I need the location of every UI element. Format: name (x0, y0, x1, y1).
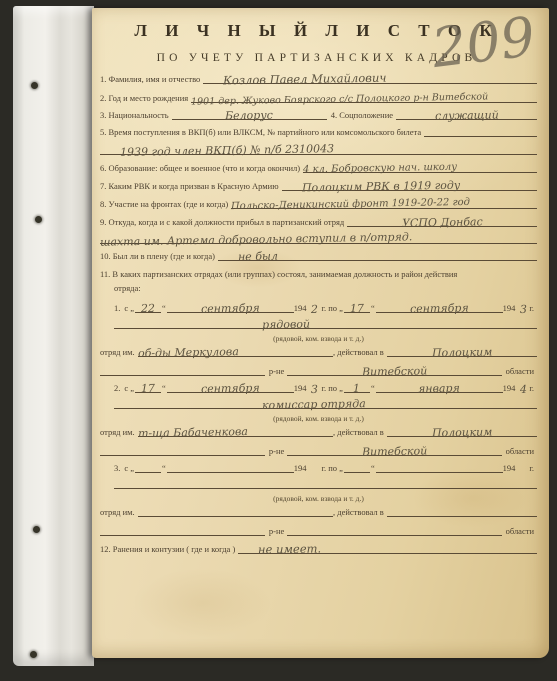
field-underline: 1901 дер. Жуково Боярского с/с Полоцкого… (191, 93, 537, 104)
printed-text: 194 (503, 383, 519, 393)
printed-text: с „ (123, 303, 135, 313)
field-value: служащий (435, 109, 499, 121)
form-paper: Л И Ч Н Ы Й Л И С Т О К ПО УЧЕТУ ПАРТИЗА… (92, 8, 549, 658)
field-origin-continue-row: шахта им. Артема добровольно вступил в п… (100, 231, 537, 244)
printed-text: 194 (503, 303, 519, 313)
printed-text: 194 (294, 383, 310, 393)
field-party-row: 5. Время поступления в ВКП(б) или ВЛКСМ,… (100, 124, 537, 137)
field-value: Белорус (225, 110, 273, 122)
printed-text: с „ (123, 383, 135, 393)
field-rvk-row: 7. Каким РВК и когда призван в Красную А… (100, 178, 537, 191)
field-underline: не был (218, 249, 537, 261)
service-entry-unit-row: отряд им. , действовал в (100, 504, 537, 517)
field-underline: рядовой (114, 317, 537, 329)
field-label: 7. Каким РВК и когда призван в Красную А… (100, 181, 282, 191)
printed-text: р-не (265, 366, 287, 376)
printed-text: отряд им. (100, 347, 138, 357)
printed-text: отряд им. (100, 507, 138, 517)
field-underline: Витебской (287, 364, 501, 376)
punch-hole (35, 216, 42, 223)
acted-in-value: Полоцким (432, 346, 492, 358)
field-fronts-row: 8. Участие на фронтах (где и когда) Поль… (100, 196, 537, 209)
field-nationality-row: 3. Национальность Белорус 4. Соцположени… (100, 107, 537, 120)
to-day: 17 (350, 303, 364, 314)
to-year-digit: 3 (520, 304, 527, 315)
field-label: 3. Национальность (100, 110, 172, 120)
field-underline: 17 (135, 381, 161, 393)
punch-hole (31, 82, 38, 89)
printed-text: 194 (503, 463, 519, 473)
field-name-row: 1. Фамилия, имя и отчество Козлов Павел … (100, 71, 537, 84)
printed-text: 194 (294, 463, 310, 473)
service-entry-position-row: рядовой (114, 316, 537, 329)
field-value: УСПО Донбас (402, 216, 483, 228)
field-underline (135, 472, 161, 473)
year-digit-slot: 3 (518, 302, 529, 313)
acted-in-value: Полоцким (432, 426, 492, 438)
field-underline: Полоцким (387, 345, 537, 357)
field-units-header-row: 11. В каких партизанских отрядах (или гр… (100, 266, 537, 279)
printed-text: 194 (294, 303, 310, 313)
field-origin-row: 9. Откуда, когда и с какой должности при… (100, 214, 537, 227)
entry-number: 1. (114, 303, 123, 313)
field-underline: об-ды Меркулова (138, 345, 333, 357)
printed-text: г. по „ (320, 303, 343, 313)
field-underline (287, 535, 501, 536)
field-underline: Польско-Деникинский фронт 1919-20-22 год (231, 198, 537, 209)
field-value: Козлов Павел Михайлович (223, 72, 387, 86)
service-entry-unit-row: отряд им. об-ды Меркулова , действовал в… (100, 344, 537, 357)
printed-text: г. (529, 463, 537, 473)
field-label: 1. Фамилия, имя и отчество (100, 74, 203, 84)
field-underline: Полоцким (387, 425, 537, 437)
service-entry-position-row: комиссар отряда (114, 396, 537, 409)
field-party-answer-row: 1939 год член ВКП(б) № п/б 2310043 (100, 142, 537, 155)
field-underline: УСПО Донбас (347, 215, 537, 227)
field-underline: 4 кл. Бобровскую нач. школу (303, 162, 537, 173)
page-edge-strip (13, 6, 94, 666)
field-underline: Витебской (287, 444, 501, 456)
punch-hole (30, 651, 37, 658)
to-month: сентября (410, 302, 469, 314)
printed-text: отряд им. (100, 427, 138, 437)
field-underline (100, 455, 265, 456)
region-value: Витебской (362, 365, 427, 377)
entry-number: 3. (114, 463, 123, 473)
field-underline (114, 488, 537, 489)
field-wounds-row: 12. Ранения и контузии ( где и когда ) н… (100, 541, 537, 554)
printed-text: , действовал в (333, 427, 387, 437)
from-month: сентября (201, 382, 260, 394)
position-hint-row: (рядовой, ком. взвода и т. д.) (100, 330, 537, 343)
unit-value: об-ды Меркулова (138, 346, 239, 359)
service-entry-dates-row: 3. с „ “ 194 г. по „ “ 194 г. (114, 460, 537, 473)
field-underline: 1939 год член ВКП(б) № п/б 2310043 (100, 143, 537, 155)
punch-hole (33, 526, 40, 533)
field-underline (344, 472, 370, 473)
service-entry-unit-row: отряд им. т-ща Бабаченкова , действовал … (100, 424, 537, 437)
field-underline: 22 (135, 301, 161, 313)
field-underline: шахта им. Артема добровольно вступил в п… (100, 232, 537, 244)
printed-text: г. по „ (320, 463, 343, 473)
field-underline (424, 136, 537, 137)
field-underline (167, 472, 294, 473)
field-units-header-row2: отряда: (114, 280, 537, 293)
service-entry-region-row: р-не Витебской области (100, 443, 537, 456)
field-value: 4 кл. Бобровскую нач. школу (303, 163, 457, 176)
position-value: комиссар отряда (262, 398, 366, 411)
printed-text: г. (529, 303, 537, 313)
field-value: Польско-Деникинский фронт 1919-20-22 год (231, 198, 470, 212)
position-hint-row: (рядовой, ком. взвода и т. д.) (100, 490, 537, 503)
printed-text: области (502, 366, 537, 376)
service-entry-dates-row: 1. с „ 22 “ сентября 194 2 г. по „ 17 “ … (114, 300, 537, 313)
position-hint: (рядовой, ком. взвода и т. д.) (267, 414, 370, 423)
field-underline: января (376, 381, 503, 393)
field-underline (376, 472, 503, 473)
service-entry-region-row: р-не области (100, 523, 537, 536)
printed-text: , действовал в (333, 507, 387, 517)
service-entry-dates-row: 2. с „ 17 “ сентября 194 3 г. по „ 1 “ я… (114, 380, 537, 393)
field-underline: 1 (344, 381, 370, 393)
field-underline: 17 (344, 301, 370, 313)
to-day: 1 (353, 383, 360, 394)
from-day: 22 (141, 303, 155, 314)
paper-stain (132, 568, 272, 638)
field-label: 10. Был ли в плену (где и когда) (100, 251, 218, 261)
field-value: Полоцким РВК в 1919 году (302, 180, 460, 194)
entry-number: 2. (114, 383, 123, 393)
field-birth-row: 2. Год и место рождения 1901 дер. Жуково… (100, 90, 537, 103)
year-digit-slot: 3 (309, 382, 320, 393)
position-value: рядовой (262, 319, 310, 331)
to-month: января (418, 383, 460, 395)
corner-number-handwritten: 209 (429, 10, 538, 76)
from-day: 17 (141, 383, 155, 394)
field-value: не имеет. (258, 543, 321, 556)
field-label: 11. В каких партизанских отрядах (или гр… (100, 269, 460, 279)
region-value: Витебской (362, 445, 427, 457)
from-year-digit: 3 (311, 384, 318, 395)
printed-text: г. (529, 383, 537, 393)
position-hint-row: (рядовой, ком. взвода и т. д.) (100, 410, 537, 423)
printed-text: с „ (123, 463, 135, 473)
field-value: не был (238, 251, 278, 263)
from-year-digit: 2 (311, 304, 318, 315)
field-value: 1939 год член ВКП(б) № п/б 2310043 (120, 143, 334, 158)
from-month: сентября (201, 302, 260, 314)
position-hint: (рядовой, ком. взвода и т. д.) (267, 494, 370, 503)
field-value: 1901 дер. Жуково Боярского с/с Полоцкого… (191, 92, 488, 107)
field-underline: Полоцким РВК в 1919 году (282, 179, 537, 191)
printed-text: области (502, 446, 537, 456)
field-underline: Козлов Павел Михайлович (203, 72, 537, 85)
field-label: 5. Время поступления в ВКП(б) или ВЛКСМ,… (100, 127, 424, 137)
field-label: 6. Образование: общее и военное (что и к… (100, 163, 303, 173)
field-underline (138, 516, 333, 517)
field-captivity-row: 10. Был ли в плену (где и когда) не был (100, 248, 537, 261)
field-label: отряда: (114, 283, 144, 293)
printed-text: р-не (265, 446, 287, 456)
printed-text: г. по „ (320, 383, 343, 393)
field-underline (387, 516, 537, 517)
position-hint: (рядовой, ком. взвода и т. д.) (267, 334, 370, 343)
field-underline: служащий (396, 108, 537, 120)
printed-text: области (502, 526, 537, 536)
field-label: 8. Участие на фронтах (где и когда) (100, 199, 231, 209)
field-underline (100, 375, 265, 376)
field-label: 2. Год и место рождения (100, 93, 191, 103)
year-digit-slot: 4 (518, 382, 529, 393)
service-entry-position-row (114, 476, 537, 489)
field-label: 12. Ранения и контузии ( где и когда ) (100, 544, 238, 554)
field-label: 9. Откуда, когда и с какой должности при… (100, 217, 347, 227)
printed-text: , действовал в (333, 347, 387, 357)
field-underline: сентября (167, 301, 294, 313)
field-underline: не имеет. (238, 542, 537, 555)
field-underline: Белорус (172, 108, 327, 120)
year-digit-slot: 2 (309, 302, 320, 313)
field-underline: сентября (376, 301, 503, 313)
field-underline: т-ща Бабаченкова (138, 425, 333, 437)
field-value: шахта им. Артема добровольно вступил в п… (100, 231, 412, 247)
printed-text: р-не (265, 526, 287, 536)
unit-value: т-ща Бабаченкова (138, 426, 248, 439)
to-year-digit: 4 (520, 384, 527, 395)
field-label: 4. Соцположение (327, 110, 396, 120)
field-education-row: 6. Образование: общее и военное (что и к… (100, 160, 537, 173)
field-underline: комиссар отряда (114, 397, 537, 409)
field-underline: сентября (167, 381, 294, 393)
service-entry-region-row: р-не Витебской области (100, 363, 537, 376)
field-underline (100, 535, 265, 536)
